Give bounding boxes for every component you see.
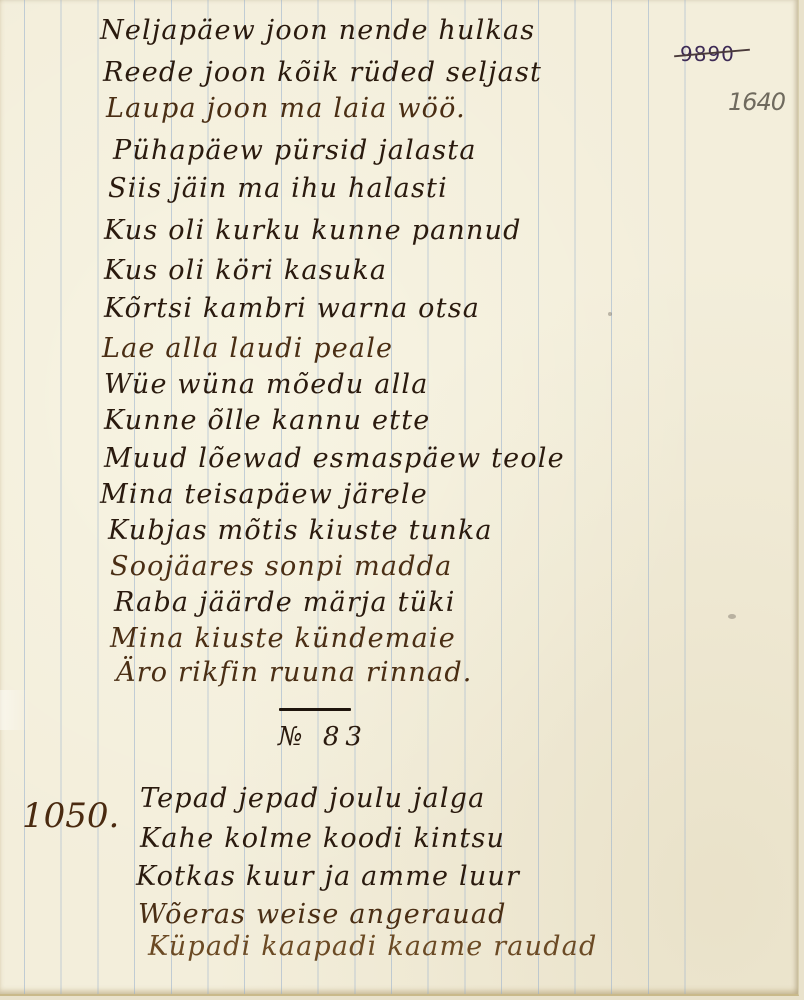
poem-line: Pühapäew pürsid jalasta [113, 134, 477, 168]
poem-line: Wõeras weise angerauad [138, 898, 507, 932]
catalog-number-current: 1640 [728, 88, 785, 116]
poem-line: Kotkas kuur ja amme luur [136, 860, 520, 894]
poem-line: Äro rikfin ruuna rinnad. [116, 656, 473, 690]
ink-dot [608, 312, 612, 316]
poem-line: Siis jäin ma ihu halasti [108, 172, 448, 206]
ink-blot [728, 614, 736, 619]
poem-line: Raba jäärde märja tüki [114, 586, 456, 620]
poem-line: Küpadi kaapadi kaame raudad [148, 930, 597, 964]
poem-line: Muud lõewad esmaspäew teole [104, 442, 565, 476]
margin-number: 1050. [22, 796, 119, 836]
page-crease [0, 690, 30, 730]
poem-line: Kunne õlle kannu ette [104, 404, 430, 438]
poem-line: Lae alla laudi peale [102, 332, 393, 366]
song-number: № 83 [278, 722, 368, 752]
poem-line: Reede joon kõik rüded seljast [103, 56, 542, 90]
poem-line: Wüe wüna mõedu alla [104, 368, 429, 402]
manuscript-page: 9890 1640 Neljapäew joon nende hulkas Re… [0, 0, 799, 996]
poem-line: Kõrtsi kambri warna otsa [104, 292, 480, 326]
poem-line: Tepad jepad joulu jalga [140, 782, 485, 816]
catalog-number-struck: 9890 [680, 42, 735, 66]
poem-line: Kus oli köri kasuka [104, 254, 387, 288]
poem-line: Kahe kolme koodi kintsu [140, 822, 505, 856]
poem-line: Laupa joon ma laia wöö. [106, 92, 466, 126]
poem-line: Neljapäew joon nende hulkas [100, 14, 535, 48]
poem-line: Mina teisapäew järele [100, 478, 428, 512]
poem-line: Kubjas mõtis kiuste tunka [108, 514, 493, 548]
section-divider [279, 708, 351, 711]
poem-line: Kus oli kurku kunne pannud [104, 214, 522, 248]
poem-line: Soojäares sonpi madda [110, 550, 452, 584]
poem-line: Mina kiuste kündemaie [110, 622, 456, 656]
